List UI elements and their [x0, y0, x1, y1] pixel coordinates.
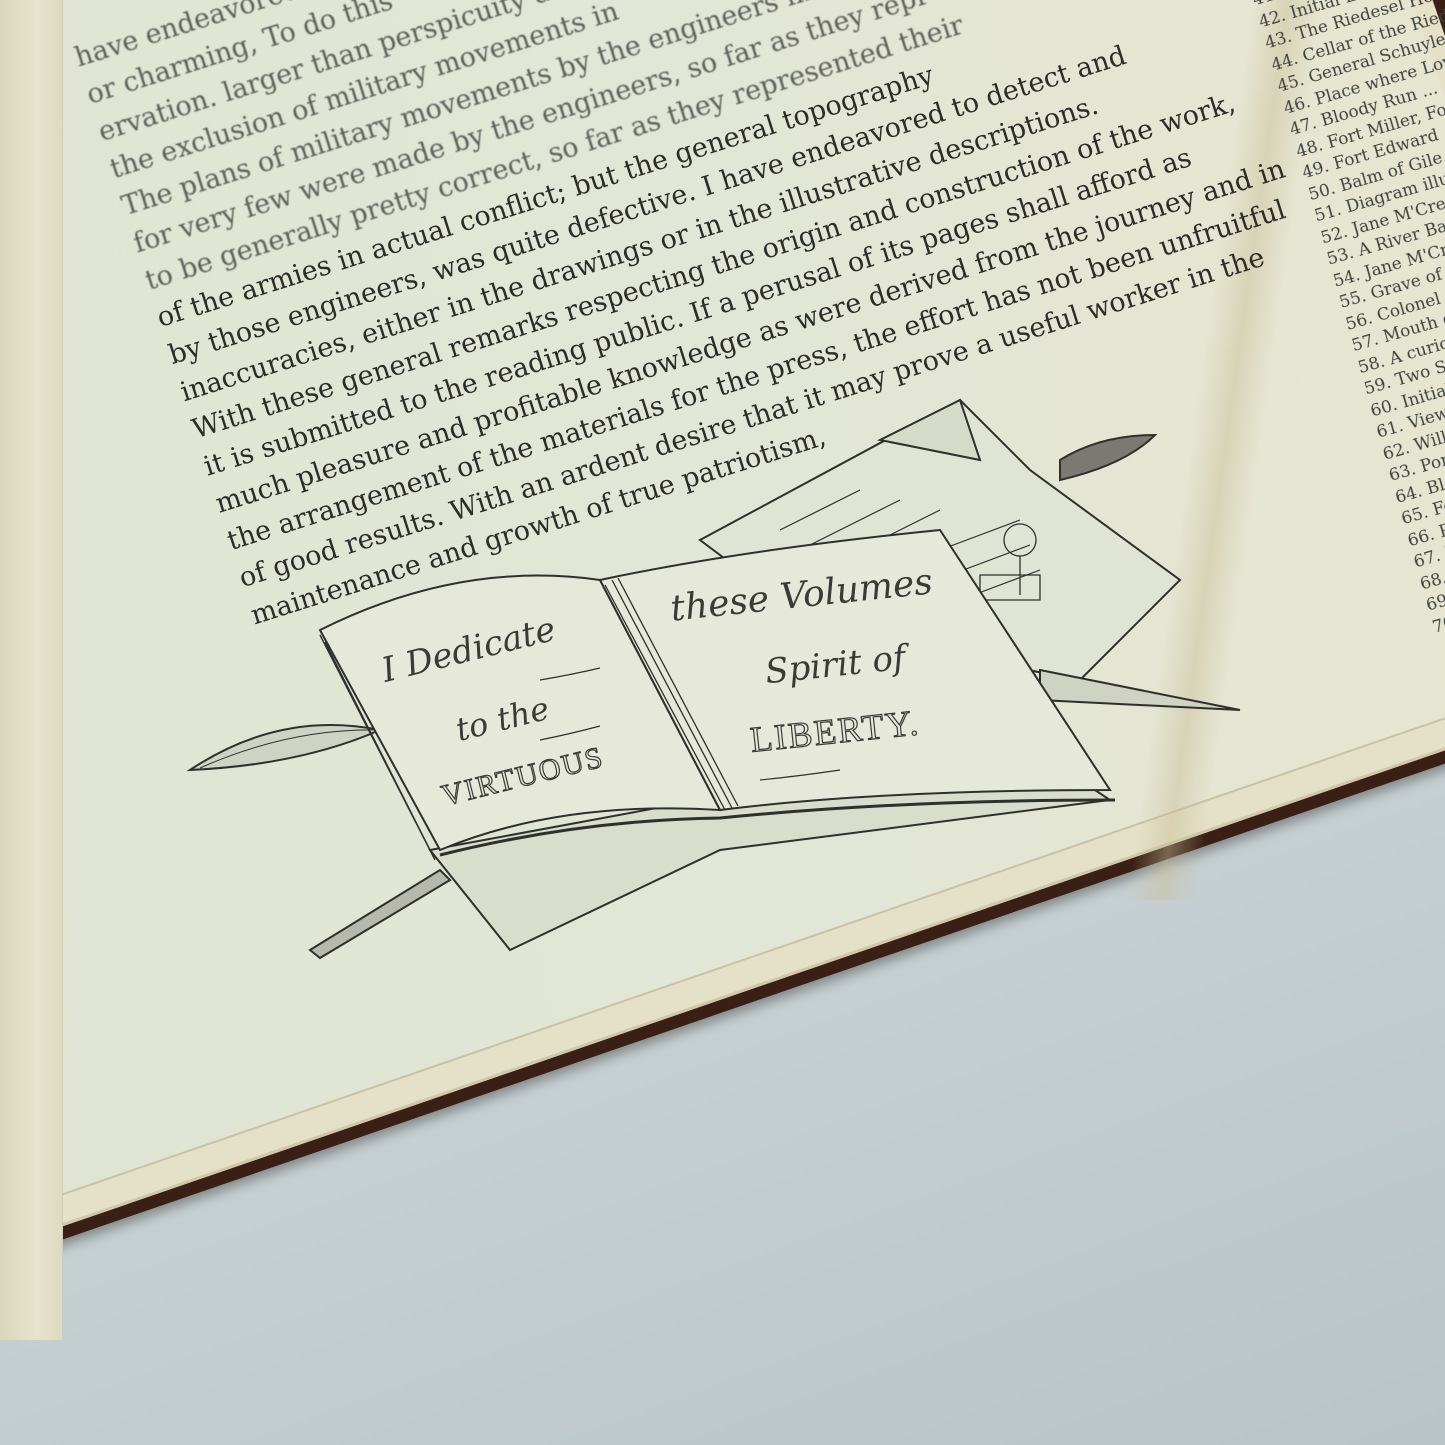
- page-edge: [0, 0, 63, 1340]
- engraving-icon: [180, 380, 1260, 980]
- dedication-illustration: I Dedicate to the VIRTUOUS these Volumes…: [180, 380, 1260, 980]
